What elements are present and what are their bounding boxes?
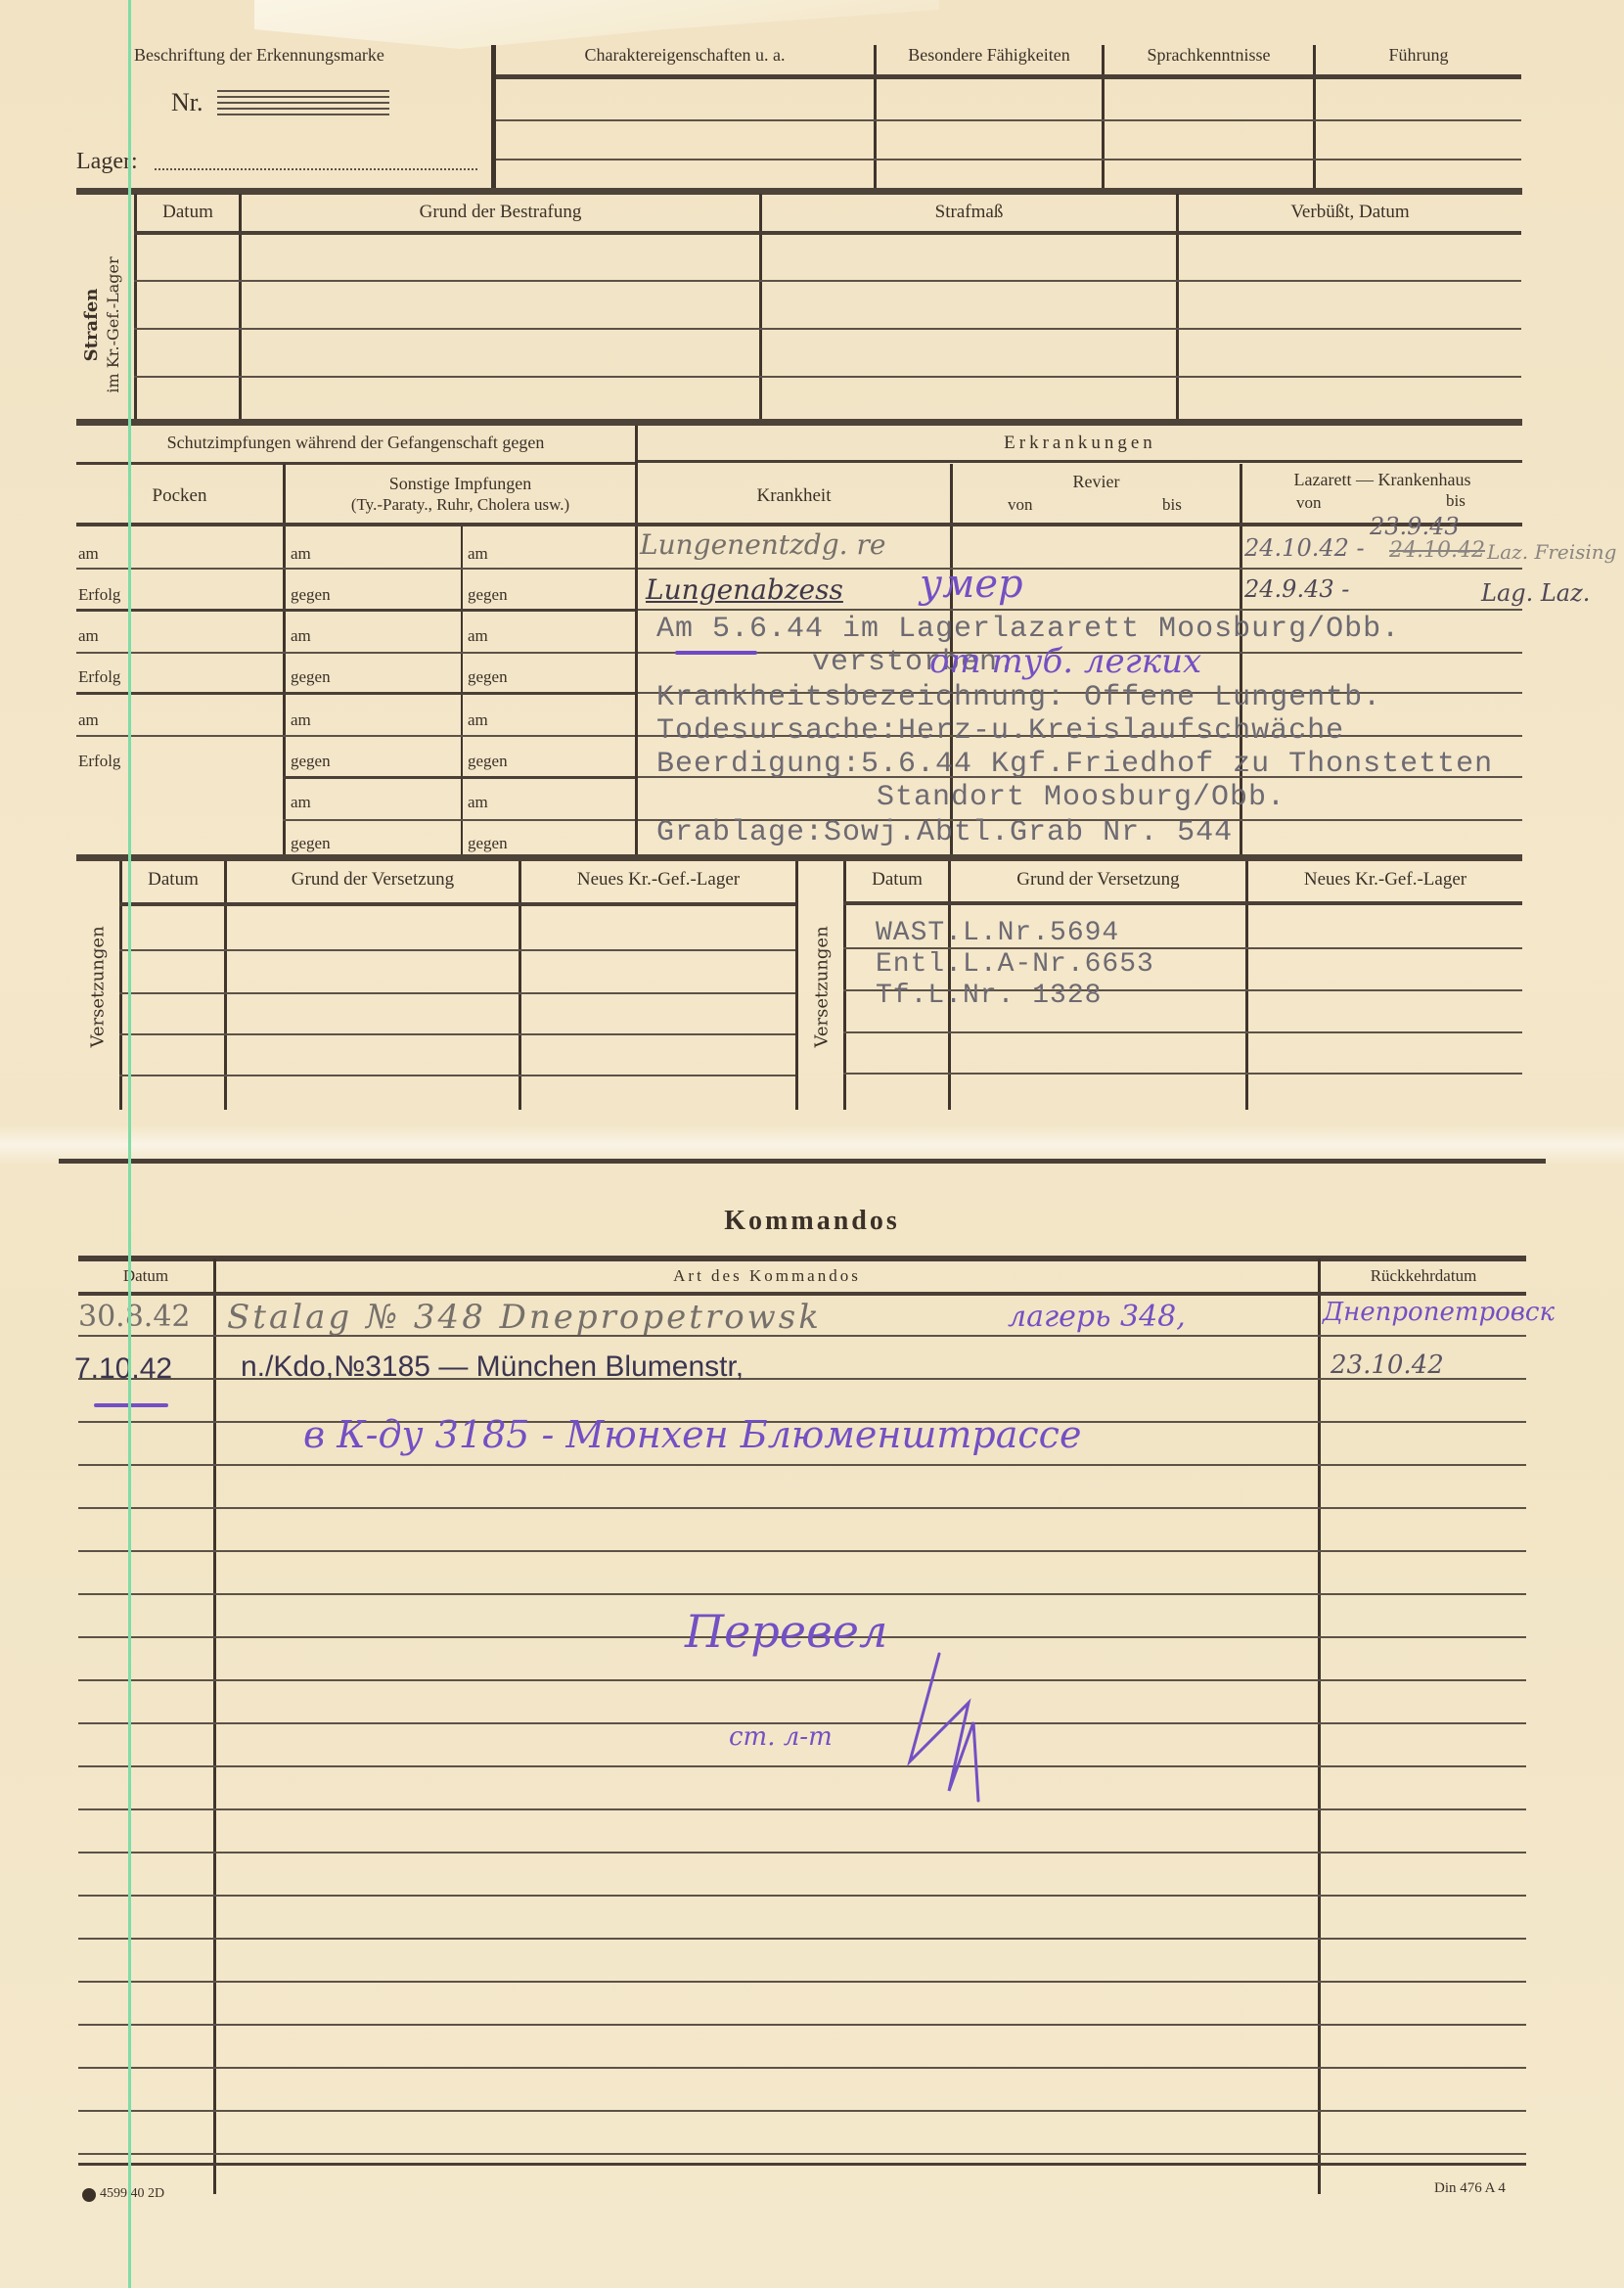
divider — [1176, 194, 1179, 421]
section-rule — [76, 419, 1522, 426]
krankheit-2: Lungenabzess — [646, 573, 843, 606]
annotation-umer: умер — [920, 562, 1023, 607]
sonstige-am: am — [468, 710, 488, 730]
col-sonstige: Sonstige Impfungen — [286, 474, 635, 494]
signature-rank: ст. л-т — [729, 1722, 833, 1752]
wast-line-3: Tf.L.Nr. 1328 — [876, 981, 1102, 1011]
lazarett-von: von — [1296, 493, 1322, 513]
vers-col-datum-right: Datum — [846, 869, 948, 891]
revier-von: von — [1008, 495, 1033, 515]
kdo-art-ru-1: лагерь 348, — [1008, 1300, 1186, 1334]
divider — [1313, 45, 1316, 190]
kdo-datum-1: 30.8.42 — [78, 1300, 191, 1334]
col-lazarett: Lazarett — Krankenhaus — [1242, 470, 1522, 490]
sonstige-gegen: gegen — [468, 585, 508, 605]
rule — [119, 1075, 795, 1076]
rule — [78, 1256, 1526, 1261]
rule — [119, 902, 795, 906]
rule — [638, 568, 1522, 570]
rule — [76, 462, 635, 465]
rule — [134, 376, 1521, 378]
print-mark-icon — [82, 2188, 96, 2202]
section-rule — [76, 188, 1522, 195]
divider — [1102, 45, 1105, 190]
rule — [496, 74, 1521, 79]
signature-flourish-icon — [880, 1644, 1037, 1810]
sonstige-am: am — [468, 544, 488, 564]
lazarett-bis: bis — [1446, 491, 1466, 511]
kdo-col-art: Art des Kommandos — [216, 1266, 1318, 1286]
revier-bis: bis — [1162, 495, 1182, 515]
wast-line-1: WAST.L.Nr.5694 — [876, 918, 1119, 948]
divider — [759, 194, 762, 421]
kdo-datum-2: 7.10.42 — [74, 1352, 172, 1386]
rule — [283, 776, 635, 779]
nr-lines — [217, 90, 389, 115]
signature[interactable]: Перевел — [685, 1605, 887, 1658]
pocken-am-2: am — [78, 626, 99, 646]
rule — [78, 2163, 1526, 2166]
rule — [638, 609, 1522, 611]
rule — [119, 992, 795, 994]
annotation-tb: от туб. легких — [929, 642, 1201, 681]
divider — [461, 524, 463, 855]
divider — [224, 861, 227, 1110]
rule — [843, 901, 1522, 905]
sonstige-gegen: gegen — [468, 667, 508, 687]
lazarett-bis-1: 23.9.43 — [1370, 513, 1460, 540]
divider — [134, 194, 137, 421]
rule — [134, 328, 1521, 330]
margin-line — [128, 0, 131, 2288]
nr-label: Nr. — [171, 88, 203, 117]
section-rule — [76, 854, 1522, 861]
divider — [119, 861, 122, 1110]
erkrankungen-title: Erkrankungen — [638, 433, 1522, 454]
date-underline — [94, 1403, 168, 1407]
typed-line-5: Beerdigung:5.6.44 Kgf.Friedhof zu Thonst… — [656, 748, 1493, 781]
vers-col-lager-left: Neues Kr.-Gef.-Lager — [521, 869, 795, 891]
wast-line-2: Entl.L.A-Nr.6653 — [876, 949, 1154, 980]
rule — [843, 1073, 1522, 1075]
lazarett-von-2: 24.9.43 - — [1244, 575, 1349, 603]
col-verbuesst: Verbüßt, Datum — [1179, 202, 1521, 223]
rule — [496, 119, 1521, 121]
date-underline — [675, 651, 757, 655]
sonstige-am: am — [291, 626, 311, 646]
vers-col-datum-left: Datum — [122, 869, 224, 891]
lazarett-von-1: 24.10.42 - — [1244, 534, 1365, 562]
divider — [795, 861, 798, 1110]
versetzungen-side-label-right: Versetzungen — [812, 931, 833, 1048]
kdo-art-2: n./Kdo,№3185 — München Blumenstr, — [241, 1350, 744, 1384]
rule — [76, 568, 635, 570]
divider — [491, 45, 496, 190]
impfungen-title: Schutzimpfungen während der Gefangenscha… — [76, 433, 635, 453]
col-pocken: Pocken — [76, 485, 283, 507]
lazarett-ort-2: Lag. Laz. — [1481, 579, 1590, 607]
divider — [519, 861, 521, 1110]
sonstige-am: am — [291, 793, 311, 812]
typed-line-1: Am 5.6.44 im Lagerlazarett Moosburg/Obb. — [656, 613, 1400, 646]
typed-line-7: Grablage:Sowj.Abtl.Grab Nr. 544 — [656, 816, 1233, 849]
rule — [76, 735, 635, 737]
col-krankheit: Krankheit — [638, 485, 950, 507]
pocken-erfolg-3: Erfolg — [78, 752, 120, 771]
divider — [239, 194, 242, 421]
pocken-erfolg-1: Erfolg — [78, 585, 120, 605]
rule — [843, 1031, 1522, 1033]
col-fuehrung: Führung — [1316, 45, 1521, 66]
col-sonstige-sub: (Ty.-Paraty., Ruhr, Cholera usw.) — [286, 495, 635, 515]
rule — [283, 819, 635, 821]
pocken-am-1: am — [78, 544, 99, 564]
col-faehigkeiten: Besondere Fähigkeiten — [877, 45, 1102, 66]
sonstige-am: am — [468, 793, 488, 812]
vers-col-lager-right: Neues Kr.-Gef.-Lager — [1248, 869, 1522, 891]
sonstige-gegen: gegen — [291, 752, 331, 771]
sonstige-gegen: gegen — [468, 834, 508, 853]
strafen-side-label: Strafen im Kr.-Gef.-Lager — [81, 252, 124, 398]
typed-line-4: Todesursache:Herz-u.Kreislaufschwäche — [656, 714, 1344, 748]
krankheit-1: Lungenentzdg. re — [640, 528, 885, 561]
sonstige-gegen: gegen — [468, 752, 508, 771]
rule — [496, 159, 1521, 160]
fold-rule — [59, 1159, 1546, 1164]
rule — [76, 652, 635, 654]
kdo-art-ru-2: в К-ду 3185 - Мюнхен Блюменштрассе — [303, 1413, 1081, 1456]
kdo-rueckkehr-1: Днепропетровск — [1323, 1298, 1555, 1327]
typed-line-6: Standort Moosburg/Obb. — [877, 781, 1286, 814]
sonstige-gegen: gegen — [291, 585, 331, 605]
lazarett-ort-1: Laz. Freising — [1487, 540, 1616, 564]
rule — [119, 949, 795, 951]
footer-left: 4599 40 2D — [100, 2186, 164, 2202]
rule — [134, 231, 1521, 235]
rule — [76, 609, 635, 612]
rule — [76, 692, 635, 695]
sonstige-am: am — [291, 544, 311, 564]
col-strafmass: Strafmaß — [762, 202, 1176, 223]
versetzungen-side-label-left: Versetzungen — [88, 931, 109, 1048]
sonstige-am: am — [291, 710, 311, 730]
kdo-art-1: Stalag № 348 Dnepropetrowsk — [227, 1298, 822, 1337]
footer-right: Din 476 A 4 — [1434, 2180, 1506, 2197]
divider — [874, 45, 877, 190]
sonstige-gegen: gegen — [291, 834, 331, 853]
col-datum: Datum — [137, 202, 239, 223]
pocken-am-3: am — [78, 710, 99, 730]
lager-field[interactable] — [155, 168, 477, 170]
kdo-col-datum: Datum — [78, 1266, 213, 1286]
col-grund: Grund der Bestrafung — [242, 202, 759, 223]
rule — [638, 460, 1522, 463]
col-sprachen: Sprachkenntnisse — [1105, 45, 1313, 66]
pocken-erfolg-2: Erfolg — [78, 667, 120, 687]
rule — [119, 1033, 795, 1035]
kommandos-title: Kommandos — [0, 1206, 1624, 1237]
rule — [76, 523, 1522, 526]
kdo-rueckkehr-2: 23.10.42 — [1331, 1350, 1444, 1380]
vers-col-grund-left: Grund der Versetzung — [227, 869, 519, 891]
sonstige-am: am — [468, 626, 488, 646]
col-charakter: Charaktereigenschaften u. a. — [496, 45, 874, 66]
col-revier: Revier — [953, 472, 1240, 492]
rule — [134, 280, 1521, 282]
lazarett-struck: 24.10.42 — [1389, 538, 1485, 563]
kdo-col-rueckkehr: Rückkehrdatum — [1321, 1266, 1526, 1286]
erkennungsmarke-label: Beschriftung der Erkennungsmarke — [134, 45, 384, 66]
vers-col-grund-right: Grund der Versetzung — [951, 869, 1245, 891]
sonstige-gegen: gegen — [291, 667, 331, 687]
typed-line-3: Krankheitsbezeichnung: Offene Lungentb. — [656, 681, 1381, 714]
